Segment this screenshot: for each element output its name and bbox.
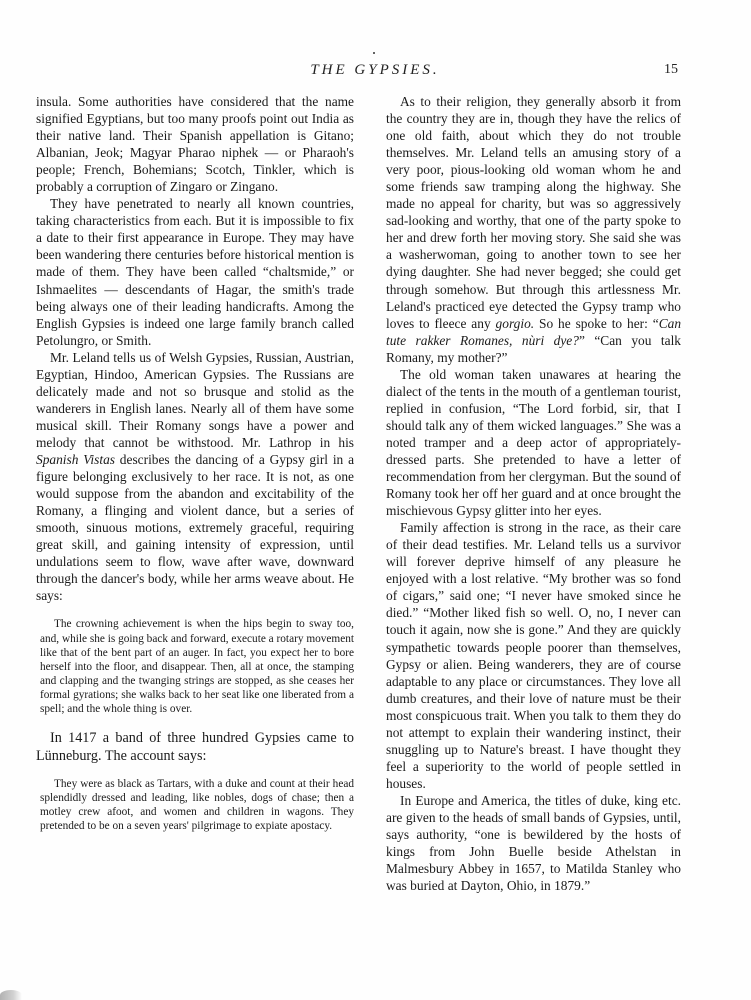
book-title-spanish-vistas: Spanish Vistas xyxy=(36,452,115,467)
printer-mark xyxy=(373,52,375,54)
text-span: describes the dancing of a Gypsy girl in… xyxy=(36,452,354,603)
scan-artifact xyxy=(0,990,22,1000)
paragraph-titles: In Europe and America, the titles of duk… xyxy=(386,792,681,894)
paragraph-family-affection: Family affection is strong in the race, … xyxy=(386,519,681,792)
paragraph-penetration: They have penetrated to nearly all known… xyxy=(36,195,354,348)
book-page: THE GYPSIES. 15 insula. Some authorities… xyxy=(0,0,751,1000)
paragraph-1417-band: In 1417 a band of three hundred Gypsies … xyxy=(36,730,354,765)
right-column: As to their religion, they generally abs… xyxy=(386,93,681,894)
text-span: So he spoke to her: “ xyxy=(534,316,659,331)
text-span: Mr. Leland tells us of Welsh Gypsies, Ru… xyxy=(36,350,354,450)
left-column: insula. Some authorities have considered… xyxy=(36,93,354,833)
italic-gorgio: gorgio. xyxy=(496,316,535,331)
block-quote-account: They were as black as Tartars, with a du… xyxy=(40,777,354,833)
paragraph-origin-names: insula. Some authorities have considered… xyxy=(36,93,354,195)
running-title: THE GYPSIES. xyxy=(265,62,485,79)
paragraph-leland-dance: Mr. Leland tells us of Welsh Gypsies, Ru… xyxy=(36,349,354,605)
page-number: 15 xyxy=(664,62,678,78)
block-quote-dance: The crowning achievement is when the hip… xyxy=(40,617,354,716)
running-head: THE GYPSIES. 15 xyxy=(0,62,751,82)
paragraph-religion: As to their religion, they generally abs… xyxy=(386,93,681,366)
text-span: As to their religion, they generally abs… xyxy=(386,94,681,331)
paragraph-old-woman: The old woman taken unawares at hearing … xyxy=(386,366,681,519)
